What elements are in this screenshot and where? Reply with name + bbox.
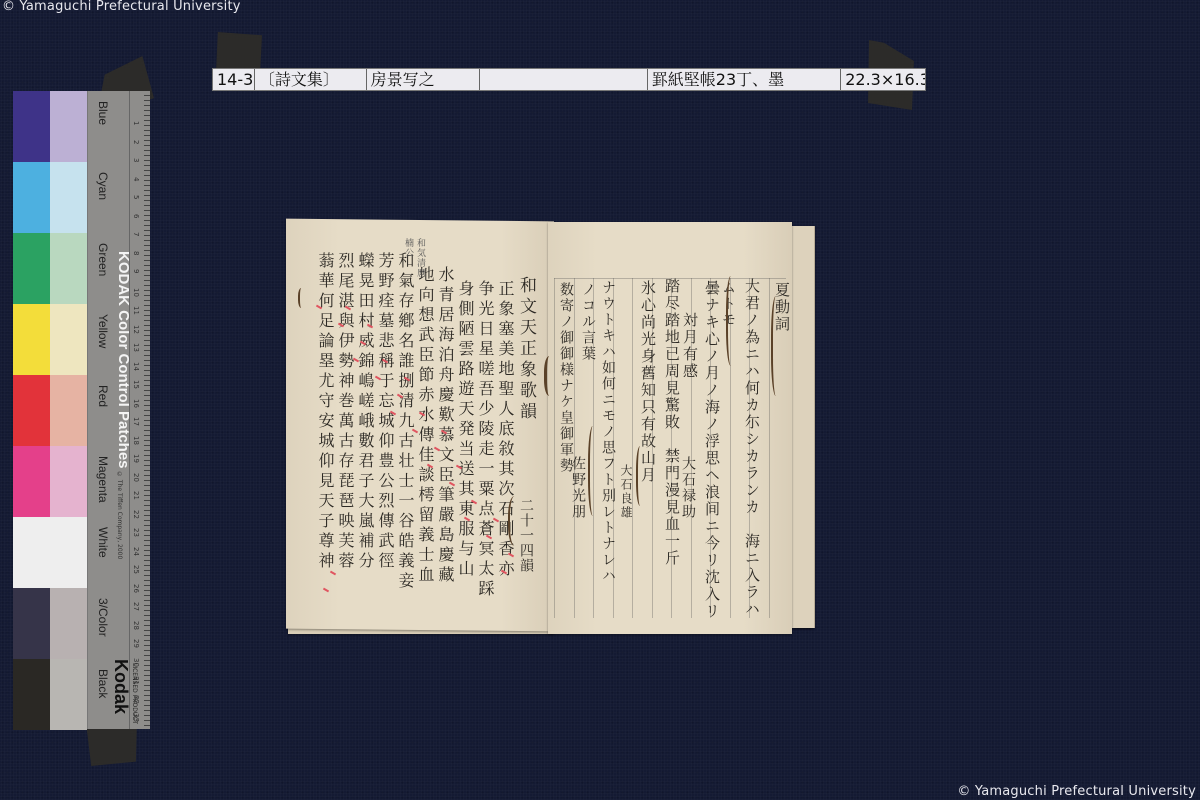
patch-label: 3/Color [90,598,110,637]
catalog-copyist: 房景写之 [367,69,481,90]
patch-red-dark [13,375,50,446]
left-page-column: 和文天正象歌韻 [514,276,539,423]
kodak-logo: Kodak [110,659,131,714]
patch-label: Magenta [90,456,110,503]
wormhole-damage [636,446,646,506]
right-page-column: 曇ナキ心ノ月ノ海ノ浮思ヘ浪间ニ今リ沈入リ [702,280,723,620]
patch-row-green [13,233,87,304]
patch-row-3-color [13,588,87,659]
right-page-column: ナウトキハ如何ニモノ思フト別レトナレハ [598,280,618,584]
wormhole-damage [726,276,738,366]
ruled-column-line [632,278,633,618]
patch-label: Black [90,669,110,698]
right-page-column: 大君ノ為ニハ何カ尓シカランカ 海ニ入ラハ瀬ヲ二角ハ沈 [742,278,763,618]
left-page-column: 身側陋雲路遊天発当送其東服与山 [454,280,477,580]
patch-label: Cyan [90,172,110,200]
patch-red-light [50,375,87,446]
patch-3-color-light [50,588,87,659]
patch-magenta-dark [13,446,50,517]
patch-row-white [13,517,87,588]
patch-green-dark [13,233,50,304]
ruled-column-line [554,278,555,618]
copyright-credit-bottom: © Yamaguchi Prefectural University [957,784,1196,799]
wormhole-damage [588,426,600,516]
patch-row-yellow [13,304,87,375]
left-page-column: 水青居海泊舟慶歎慕文臣筆嚴島慶藏 [434,266,457,586]
patch-yellow-dark [13,304,50,375]
patch-blue-dark [13,91,50,162]
patch-label: Yellow [90,314,110,348]
kodak-ruler: BlueCyanGreenYellowRedMagentaWhite3/Colo… [87,91,150,729]
manuscript-book: 和文天正象歌韻正象塞美地聖人底敘其次石剛香亦争光日星嗟吾少陵走一粟点蒼冥太踩身側… [286,216,816,634]
patch-label: Green [90,243,110,276]
patch-row-black [13,659,87,730]
tape-top-left [216,32,262,72]
patch-cyan-dark [13,162,50,233]
wormhole-damage [771,296,783,396]
patch-row-magenta [13,446,87,517]
catalog-id: 14-3 [213,69,255,90]
right-page-column: 数寄ノ御御様ナケ皇御軍勢 [556,282,576,474]
color-control-patches [13,91,87,729]
wormhole-damage [298,288,306,308]
right-page-column: 踏尽踏地已周見驚敗 禁門漫見血一斤 [662,278,683,567]
catalog-size: 22.3×16.3 [841,69,925,90]
catalog-blank [480,69,648,90]
right-page-column: 対月有感 [680,312,701,380]
left-page-column: 争光日星嗟吾少陵走一粟点蒼冥太踩 [474,280,497,600]
patch-row-cyan [13,162,87,233]
patch-row-blue [13,91,87,162]
left-page-column: 烈尾湛與伊勢神巻萬古存琵琶映芙蓉 [334,252,357,572]
left-page-headnote: 和気清麿 [414,238,427,278]
patch-cyan-light [50,162,87,233]
patch-green-light [50,233,87,304]
patch-label: Red [90,385,110,407]
patch-label: Blue [90,101,110,125]
ruler-tick-marks [129,91,150,729]
patch-label: White [90,527,110,558]
catalog-title: 〔詩文集〕 [255,69,367,90]
tiffen-copyright: © The Tiffen Company, 2000 [116,471,123,559]
patch-magenta-light [50,446,87,517]
left-page-headnote: 楠公 [402,238,415,258]
catalog-material: 罫紙堅帳23丁、墨 [648,69,841,90]
right-page-column: 大石良雄 [618,464,635,520]
patch-row-red [13,375,87,446]
ruled-column-line [769,278,770,618]
wormhole-damage [544,356,557,396]
left-page-column: 和氣存鄕名誰捌清九古壮士一谷皓義妾 [394,252,417,592]
patch-black-dark [13,659,50,730]
patch-black-light [50,659,87,730]
copyright-credit-top: © Yamaguchi Prefectural University [2,0,241,14]
left-page-column: 蓊華何足論塁尤守安城仰見天子尊神 [314,252,337,572]
patch-white [13,517,87,588]
left-page-column: 地向想武臣節赤水傳佳談樗留義士血 [414,266,437,586]
catalog-label: 14-3 〔詩文集〕 房景写之 罫紙堅帳23丁、墨 22.3×16.3 [212,68,926,91]
patch-blue-light [50,91,87,162]
wormhole-damage [508,496,524,546]
patch-yellow-light [50,304,87,375]
left-page-column: 蠑晃田村威錦嶋嵯峨數君子大嵐補分 [354,252,377,572]
patch-3-color-dark [13,588,50,659]
right-page-column: ノコル言葉 [578,282,598,362]
